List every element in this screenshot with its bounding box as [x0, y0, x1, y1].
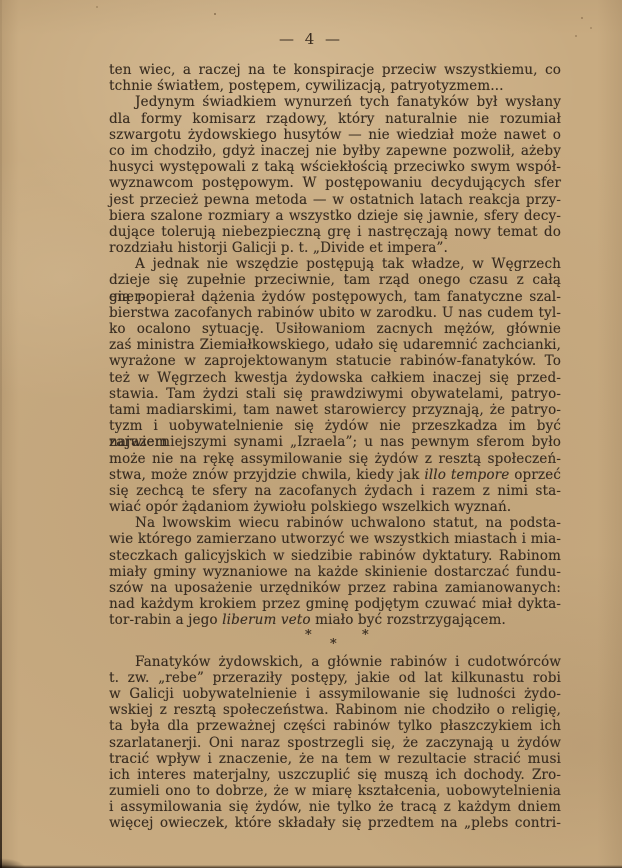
text-line: rozdziału historji Galicji p. t. „Divide… [109, 240, 561, 256]
text-line: t. zw. „rebe” przeraziły postępy, jakie … [109, 670, 561, 686]
text-line: Na lwowskim wiecu rabinów uchwalono stat… [109, 515, 561, 531]
text-line: wie którego zamierzano utworzyć we wszys… [109, 531, 561, 547]
text-line: Jedynym świadkiem wynurzeń tych fanatykó… [109, 94, 561, 110]
text-line: steczkach galicyjskich w siedzibie rabin… [109, 548, 561, 564]
text-line: szów na uposażenie urzędników przez rabi… [109, 580, 561, 596]
page-number: — 4 — [0, 30, 622, 48]
text-line: Fanatyków żydowskich, a głównie rabinów … [109, 654, 561, 670]
text-line: szarlatanerji. Oni naraz spostrzegli się… [109, 735, 561, 751]
text-line: miały gminy wyznaniowe na każde skinieni… [109, 564, 561, 580]
text-line: tchnie światłem, postępem, cywilizacją, … [109, 78, 561, 94]
text-line: wyrażone w zaprojektowanym statucie rabi… [109, 353, 561, 369]
asterisk-mark: * [362, 628, 369, 644]
scan-corner-shadow [0, 858, 26, 868]
text-line: husyci występowali z taką wściekłością p… [109, 159, 561, 175]
text-line: szwargotu żydowskiego husytów — nie wied… [109, 127, 561, 143]
text-line: nad każdym krokiem przez gminę podjętym … [109, 596, 561, 612]
text-line: wskiej z resztą społeczeństwa. Rabinom n… [109, 702, 561, 718]
text-line: gią popierał dążenia żydów postępowych, … [109, 289, 561, 305]
asterisk-mark: * [305, 628, 312, 644]
text-line: dla formy komisarz rządowy, który natura… [109, 111, 561, 127]
text-line: dujące tolerują niebezpieczną grę i nast… [109, 224, 561, 240]
text-line: stawia. Tam żydzi stali się prawdziwymi … [109, 386, 561, 402]
text-line: zumieli ono to dobrze, że w miarę kształ… [109, 783, 561, 799]
paper-speckles [214, 13, 216, 15]
text-line: więcej owieczek, które składały się prze… [109, 815, 561, 831]
scan-edge-left [0, 0, 2, 868]
text-line: się zechcą te sfery na zacofanych żydach… [109, 483, 561, 499]
text-line: i assymilowania się żydów, nie tylko że … [109, 799, 561, 815]
asterisk-mark: * [330, 637, 337, 653]
text-line: tami madiarskimi, tam nawet starowiercy … [109, 402, 561, 418]
document-page: — 4 — ten wiec, a raczej na te konspirac… [0, 0, 622, 868]
text-line: dzieje się zupełnie przeciwnie, tam rząd… [109, 272, 561, 288]
section-divider: *** [109, 629, 561, 654]
text-line: wiać opór żądaniom żywiołu polskiego wsz… [109, 499, 561, 515]
text-line: bierstwa zacofanych rabinów ubito w zaro… [109, 305, 561, 321]
text-line: też w Węgrzech kwestja żydowska całkiem … [109, 370, 561, 386]
text-line: A jednak nie wszędzie postępują tak wład… [109, 256, 561, 272]
text-line: biera szalone rozmiary a wszystko dzieje… [109, 208, 561, 224]
text-line: najwierniejszymi synami „Izraela”; u nas… [109, 434, 561, 450]
text-line: tor-rabin a jego liberum veto miało być … [109, 612, 561, 628]
text-line: zaś ministra Ziemiałkowskiego, udało się… [109, 337, 561, 353]
text-line: może nie na rękę assymilowanie się żydów… [109, 451, 561, 467]
text-line: jest przecież pewna metoda — w ostatnich… [109, 192, 561, 208]
text-line: co im chodziło, gdyż inaczej nie byłby z… [109, 143, 561, 159]
text-line: stwa, może znów przyjdzie chwila, kiedy … [109, 467, 561, 483]
text-line: ich interes materjalny, uszczuplić się m… [109, 767, 561, 783]
text-line: w Galicji uobywatelnienie i assymilowani… [109, 686, 561, 702]
text-line: tracić wpływ i znaczenie, że na tem w re… [109, 751, 561, 767]
text-line: ta była dla przeważnej części rabinów ty… [109, 718, 561, 734]
text-line: tyzm i uobywatelnienie się żydów nie prz… [109, 418, 561, 434]
text-line: wyznawcom postępowym. W postępowaniu dec… [109, 175, 561, 191]
text-block: ten wiec, a raczej na te konspiracje prz… [109, 62, 561, 832]
text-line: ten wiec, a raczej na te konspiracje prz… [109, 62, 561, 78]
text-line: ko ocalono sytuację. Usiłowaniom zacnych… [109, 321, 561, 337]
